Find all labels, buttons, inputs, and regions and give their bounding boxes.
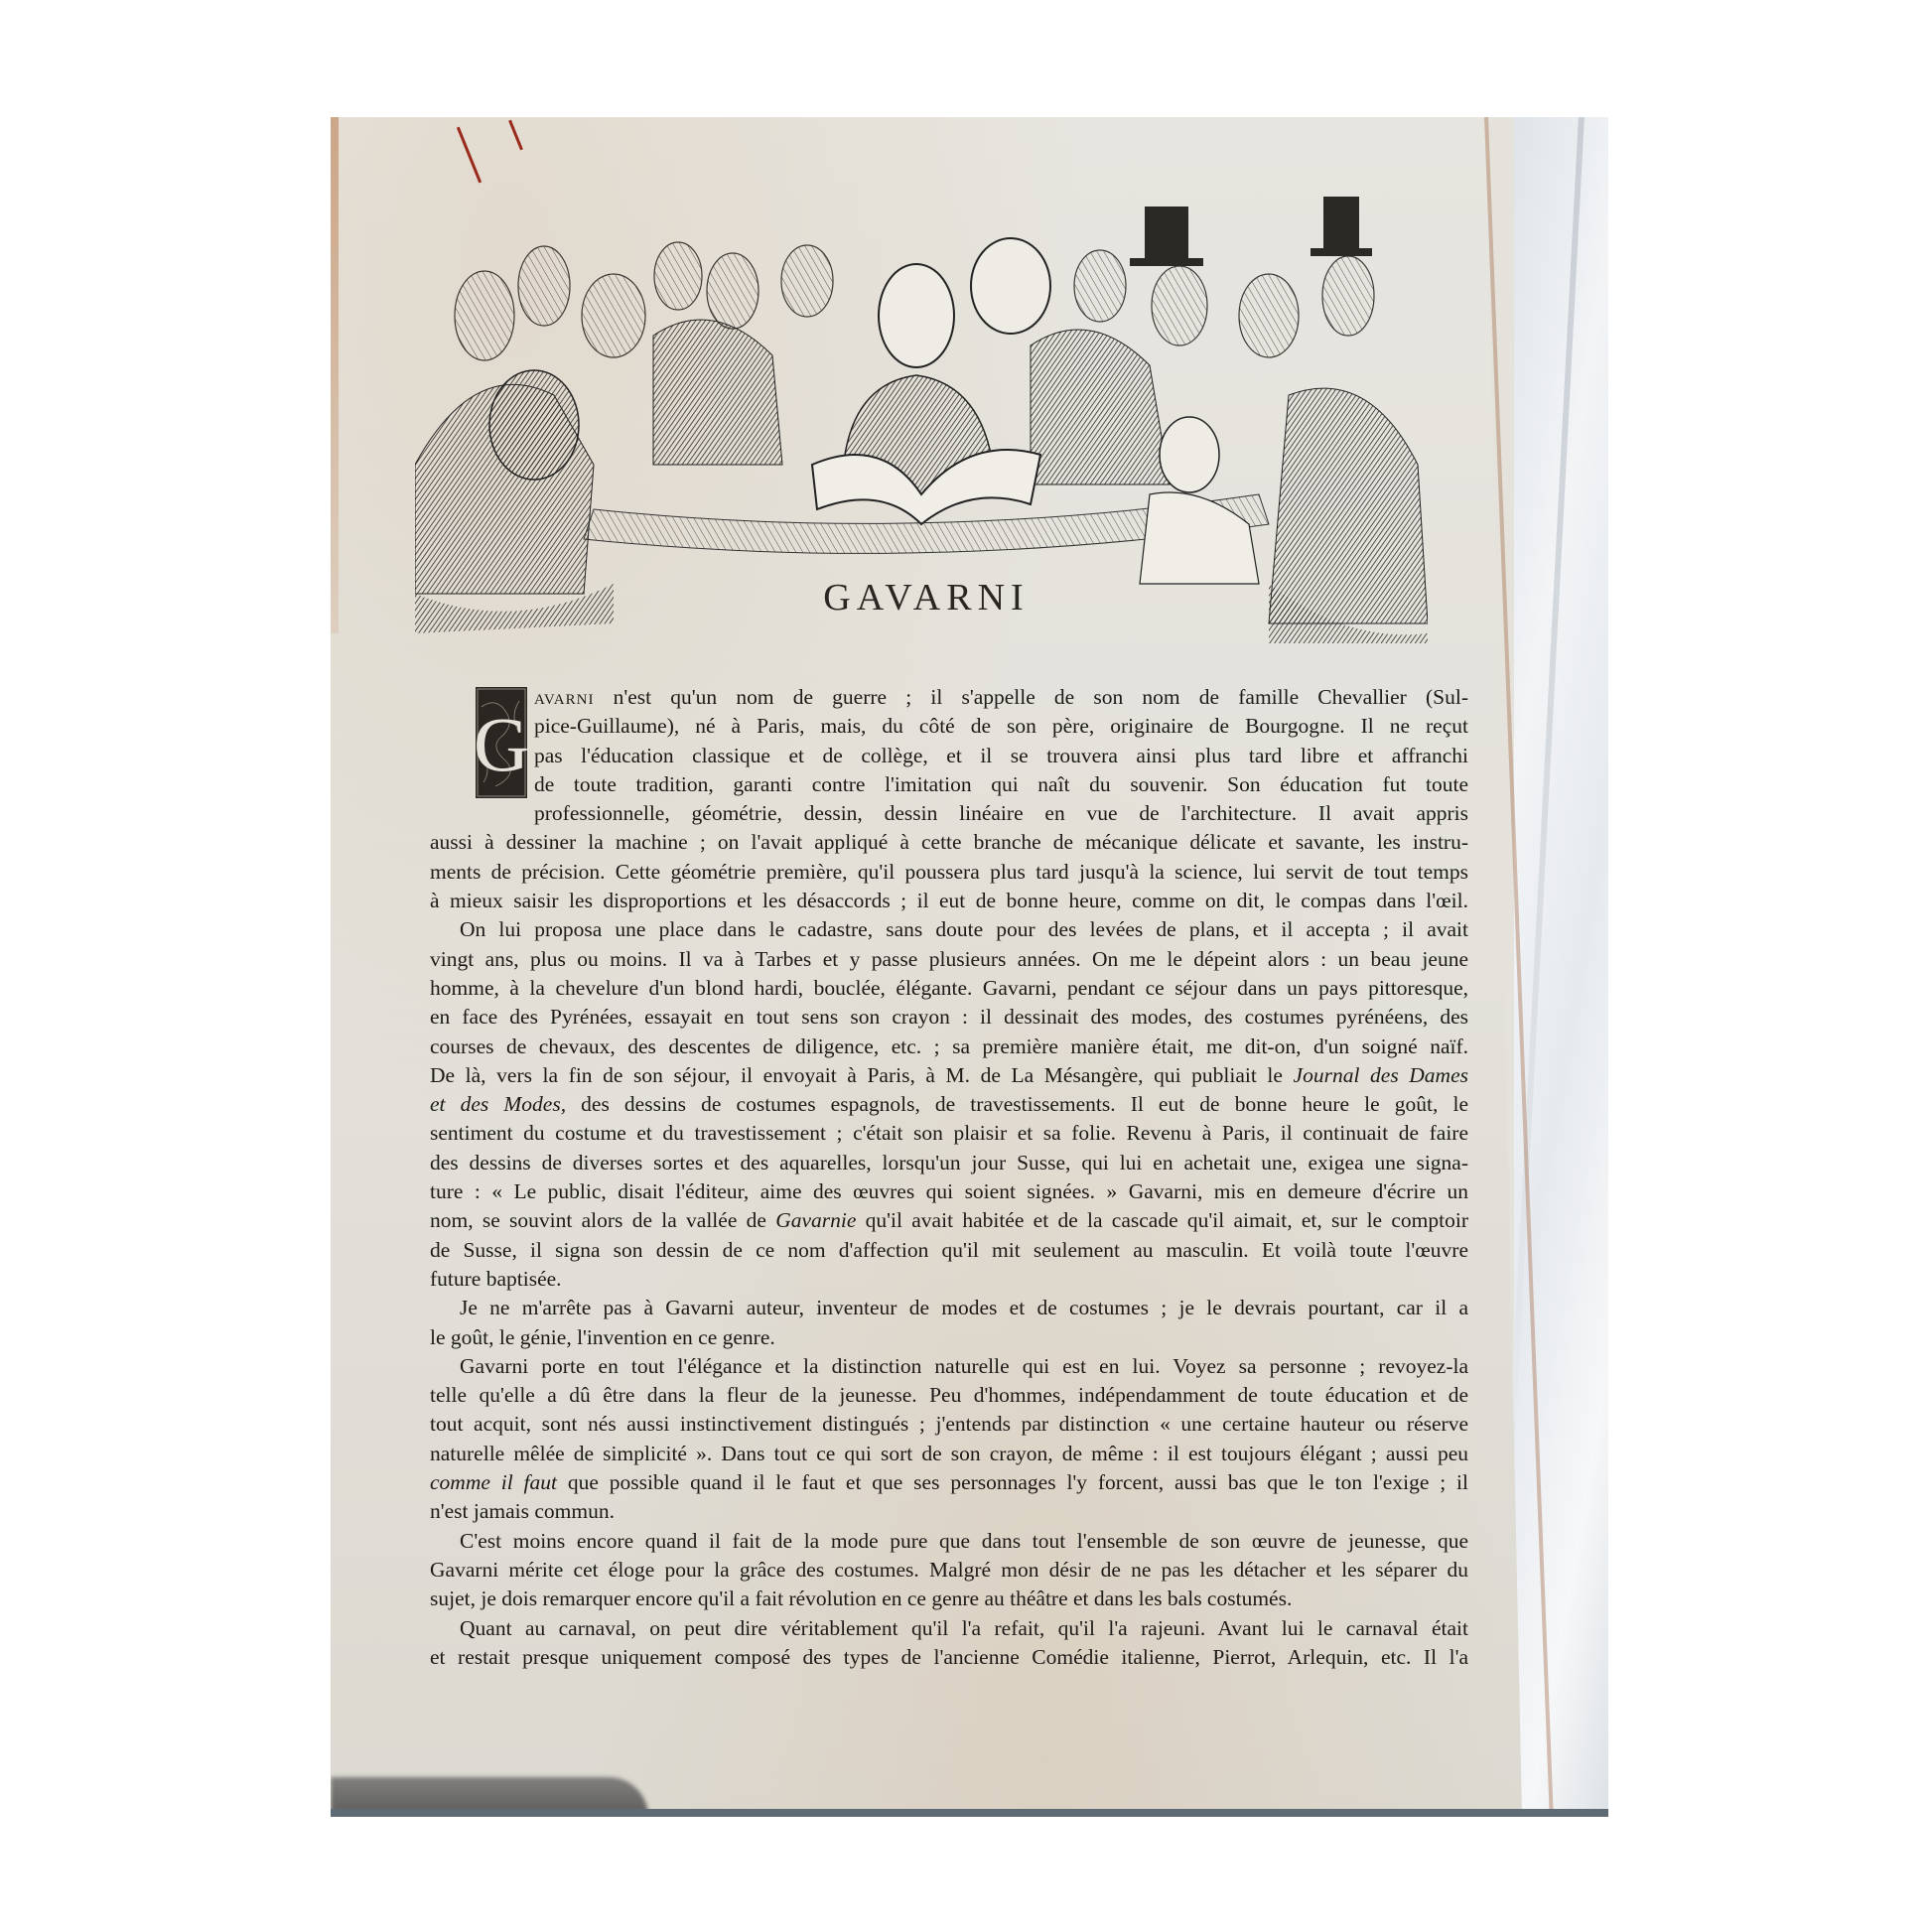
- text-line: aussi à dessiner la machine ; on l'avait…: [430, 828, 1468, 857]
- text-line: des dessins de diverses sortes et des aq…: [430, 1149, 1468, 1177]
- text-line: en face des Pyrénées, essayait en tout s…: [430, 1003, 1468, 1032]
- engraving-illustration: [415, 167, 1428, 643]
- first-word-rest: avarni: [534, 685, 594, 709]
- red-pencil-mark: [508, 120, 523, 151]
- svg-text:G: G: [476, 701, 527, 787]
- engraving-icon: [415, 167, 1428, 643]
- text-line: le goût, le génie, l'invention en ce gen…: [430, 1323, 1468, 1352]
- text-line: Gavarni porte en tout l'élégance et la d…: [430, 1352, 1468, 1381]
- text-line: sentiment du costume et du travestisseme…: [430, 1119, 1468, 1148]
- text-line: sujet, je dois remarquer encore qu'il a …: [430, 1585, 1468, 1613]
- text-line: ments de précision. Cette géométrie prem…: [430, 858, 1468, 887]
- text-line: avarni n'est qu'un nom de guerre ; il s'…: [430, 683, 1468, 712]
- text-line: Je ne m'arrête pas à Gavarni auteur, inv…: [430, 1294, 1468, 1322]
- text-line: et restait presque uniquement composé de…: [430, 1643, 1468, 1672]
- text-line: professionnelle, géométrie, dessin, dess…: [430, 799, 1468, 828]
- text-line: de toute tradition, garanti contre l'imi…: [430, 770, 1468, 799]
- text-line: C'est moins encore quand il fait de la m…: [430, 1527, 1468, 1556]
- text-line: pas l'éducation classique et de collège,…: [430, 742, 1468, 770]
- text-line: telle qu'elle a dû être dans la fleur de…: [430, 1381, 1468, 1410]
- page-edge-stain: [331, 117, 339, 633]
- text-line: de Susse, il signa son dessin de ce nom …: [430, 1236, 1468, 1265]
- text-line: comme il faut que possible quand il le f…: [430, 1468, 1468, 1497]
- text-line: à mieux saisir les disproportions et les…: [430, 887, 1468, 915]
- book-page: GAVARNI G avarni n'est qu'un nom de guer…: [331, 117, 1522, 1817]
- photo-frame: GAVARNI G avarni n'est qu'un nom de guer…: [331, 117, 1608, 1817]
- text-line: Quant au carnaval, on peut dire véritabl…: [430, 1614, 1468, 1643]
- surface-edge: [331, 1809, 1608, 1817]
- body-text: G avarni n'est qu'un nom de guerre ; il …: [430, 683, 1468, 1672]
- drop-cap: G: [476, 687, 527, 798]
- text-line: Gavarni mérite cet éloge pour la grâce d…: [430, 1556, 1468, 1585]
- text-line: De là, vers la fin de son séjour, il env…: [430, 1061, 1468, 1090]
- text-line: homme, à la chevelure d'un blond hardi, …: [430, 974, 1468, 1003]
- text-line: pice-Guillaume), né à Paris, mais, du cô…: [430, 712, 1468, 741]
- text-line: vingt ans, plus ou moins. Il va à Tarbes…: [430, 945, 1468, 974]
- ornate-initial-icon: G: [476, 687, 527, 798]
- text-line: On lui proposa une place dans le cadastr…: [430, 915, 1468, 944]
- italic-phrase: comme il faut: [430, 1470, 557, 1494]
- text-line: courses de chevaux, des descentes de dil…: [430, 1033, 1468, 1061]
- italic-place: Gavarnie: [775, 1208, 856, 1232]
- text-line: naturelle mêlée de simplicité ». Dans to…: [430, 1440, 1468, 1468]
- text-line: future baptisée.: [430, 1265, 1468, 1294]
- text-line: et des Modes, des dessins de costumes es…: [430, 1090, 1468, 1119]
- italic-title: et des Modes,: [430, 1092, 566, 1116]
- text-line: ture : « Le public, disait l'éditeur, ai…: [430, 1177, 1468, 1206]
- text-line: n'est jamais commun.: [430, 1497, 1468, 1526]
- text-line: nom, se souvint alors de la vallée de Ga…: [430, 1206, 1468, 1235]
- text-line: tout acquit, sont nés aussi instinctivem…: [430, 1410, 1468, 1439]
- background-surface: [1514, 117, 1608, 1817]
- italic-title: Journal des Dames: [1294, 1063, 1468, 1087]
- page-title: GAVARNI: [331, 576, 1522, 620]
